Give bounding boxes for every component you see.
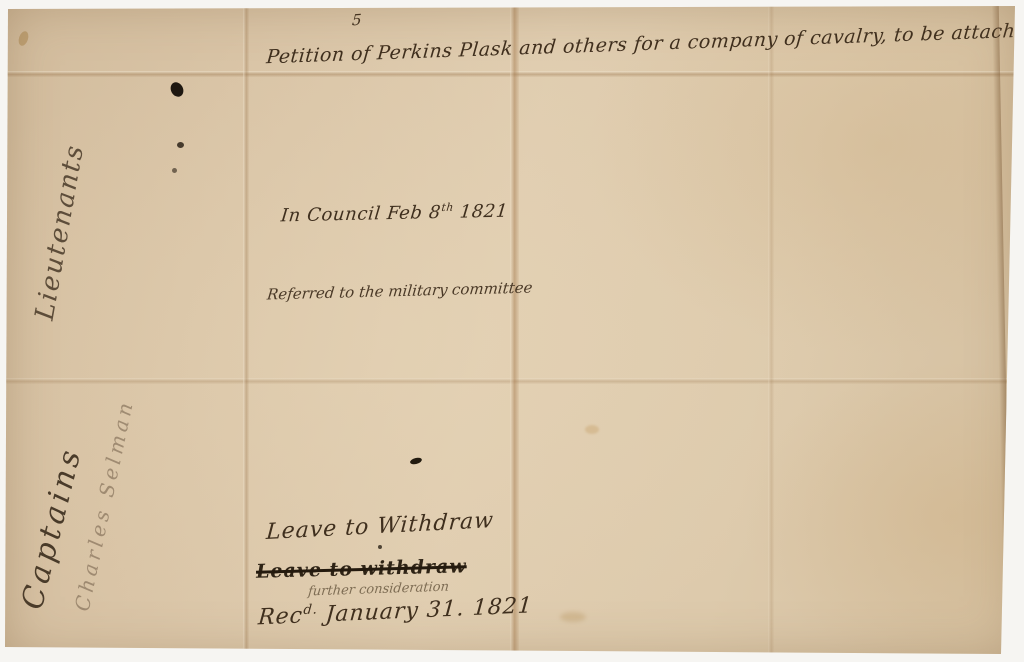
ink-blot-small-2 xyxy=(172,168,177,173)
margin-note-name: Charles Selman xyxy=(70,397,138,613)
referred-notation: Referred to the military committee xyxy=(267,276,533,308)
docket-number: 5 xyxy=(351,11,362,30)
paper-right-edge-shadow xyxy=(992,6,1011,656)
struck-note: Leave to withdraw xyxy=(256,555,467,583)
title-line-1: Petition of Perkins Plask xyxy=(265,34,514,74)
ink-dot xyxy=(378,545,382,549)
ink-blot-small-1 xyxy=(177,142,184,148)
paper-stain-top-left xyxy=(17,30,30,47)
council-notation: In Council Feb 8th 1821 xyxy=(281,200,508,227)
title-line-3: of cavalry, to be attached xyxy=(783,15,1024,55)
petition-title: Petition of Perkins Plask and others for… xyxy=(266,3,1024,74)
ink-blot-large xyxy=(168,80,186,99)
received-date: Recd. January 31. 1821 xyxy=(258,593,534,630)
leave-note: Leave to Withdraw xyxy=(266,508,495,545)
document-scan: 5 Petition of Perkins Plask and others f… xyxy=(0,0,1024,662)
margin-note-lieutenants: Lieutenants xyxy=(30,142,91,323)
consideration-note: further consideration xyxy=(308,580,449,600)
fold-crease-vertical-right xyxy=(768,6,774,656)
title-line-2: and others for a company xyxy=(518,25,779,65)
paper-sheet: 5 Petition of Perkins Plask and others f… xyxy=(0,0,1024,662)
ink-blot-center xyxy=(409,457,422,466)
fold-crease-vertical-left xyxy=(243,6,249,656)
paper-stain-middle xyxy=(585,425,599,434)
fold-crease-vertical-center xyxy=(510,6,519,656)
referred-line-2: committee xyxy=(451,275,534,302)
paper-stain-bottom xyxy=(560,612,586,622)
referred-line-1: Referred to the military xyxy=(266,278,449,308)
